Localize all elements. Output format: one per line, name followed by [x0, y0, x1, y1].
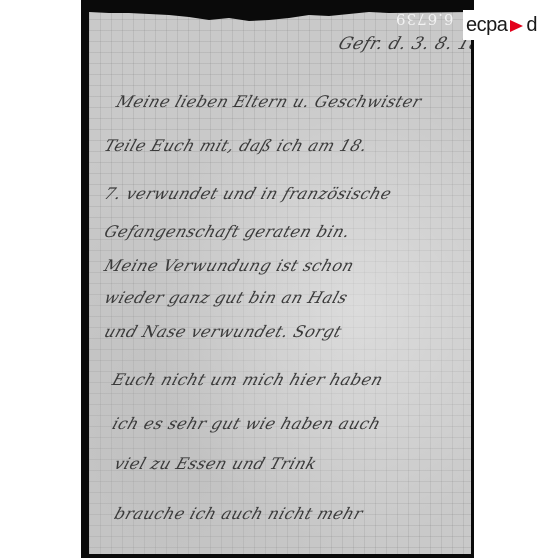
- letter-line: Euch nicht um mich hier haben: [110, 370, 386, 389]
- letter-line: ich es sehr gut wie haben auch: [110, 414, 384, 433]
- logo-text-right: d: [526, 14, 537, 37]
- letter-line: 7. verwundet und in französische: [102, 184, 394, 203]
- logo-text-left: ecpa: [466, 14, 507, 37]
- letter-line: und Nase verwundet. Sorgt: [102, 322, 345, 341]
- ecpad-logo: ecpa d: [463, 10, 558, 40]
- archive-number: 6.6739: [395, 10, 454, 28]
- letter-line: Gefangenschaft geraten bin.: [102, 222, 353, 241]
- letter-line: Teile Euch mit, daß ich am 18.: [102, 136, 370, 155]
- letter-salutation: Meine lieben Eltern u. Geschwister: [114, 92, 424, 111]
- play-triangle-icon: [510, 20, 523, 32]
- letter-line: wieder ganz gut bin an Hals: [102, 288, 351, 307]
- letter-line: viel zu Essen und Trink: [112, 454, 320, 473]
- letter-paper: 6.6739 Gefr. d. 3. 8. 18. Meine lieben E…: [89, 8, 471, 554]
- letter-line: Meine Verwundung ist schon: [102, 256, 357, 275]
- letter-line: brauche ich auch nicht mehr: [112, 504, 366, 523]
- letter-date: Gefr. d. 3. 8. 18.: [336, 34, 471, 54]
